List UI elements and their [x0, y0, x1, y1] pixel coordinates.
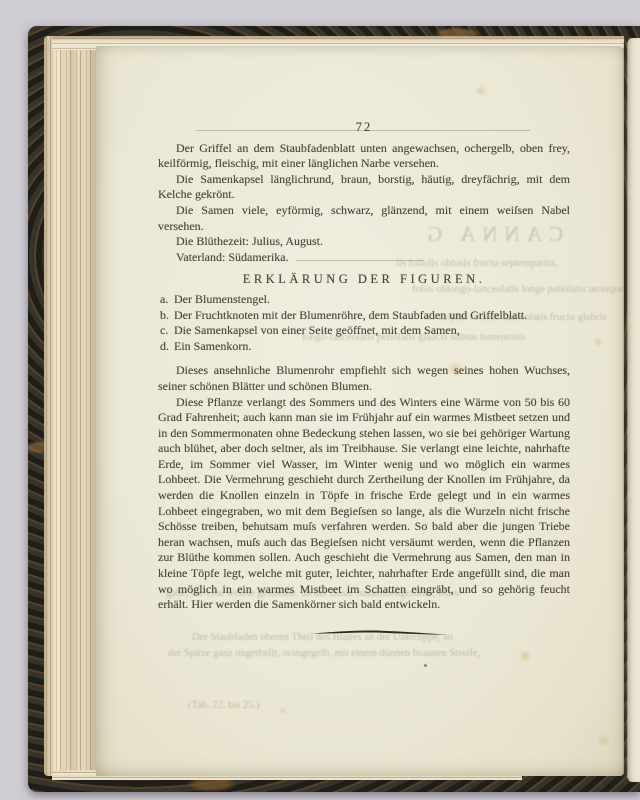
figure-item-c: c. Die Samenkapsel von einer Seite geöff… [158, 323, 570, 339]
paragraph-samenkapsel: Die Samenkapsel länglichrund, braun, bor… [158, 172, 570, 203]
ink-speck [424, 664, 427, 667]
figure-item-label: a. [160, 292, 174, 308]
section-gap [158, 354, 570, 363]
figure-item-label: c. [160, 323, 174, 339]
foxing-spot [474, 85, 488, 97]
paragraph-pflege: Diese Pflanze verlangt des Sommers und d… [158, 395, 570, 613]
figure-item-text: Der Blumenstengel. [174, 292, 570, 308]
printed-text-block: 72 Der Griffel an dem Staubfadenblatt un… [158, 120, 570, 634]
bleedthrough-line: der Spitze ganz ungetheilt, orangegelb, … [168, 648, 480, 659]
page-stack-edge-left [44, 36, 98, 776]
figure-item-b: b. Der Fruchtknoten mit der Blumenröhre,… [158, 308, 570, 324]
book-page: CANNA G lis foliolis obtusis fructu sept… [96, 46, 624, 776]
tapered-rule [310, 626, 450, 634]
paragraph-samen: Die Samen viele, eyförmig, schwarz, glän… [158, 203, 570, 234]
paragraph-blumenrohr: Dieses ansehnliche Blumenrohr empfiehlt … [158, 363, 570, 394]
figure-item-text: Die Samenkapsel von einer Seite geöffnet… [174, 323, 570, 339]
bleedthrough-line: (Tab. 22. bis 25.) [188, 700, 260, 711]
foxing-spot [518, 650, 532, 662]
facing-page-edge [628, 38, 640, 782]
foxing-spot [592, 336, 604, 347]
paragraph-vaterland: Vaterland: Südamerika. [158, 250, 570, 266]
figures-heading: ERKLÄRUNG DER FIGUREN. [158, 272, 570, 288]
figure-item-text: Ein Samenkorn. [174, 339, 570, 355]
figure-item-text: Der Fruchtknoten mit der Blumenröhre, de… [174, 308, 570, 324]
foxing-spot [596, 734, 611, 747]
figure-item-a: a. Der Blumenstengel. [158, 292, 570, 308]
page-number: 72 [158, 120, 570, 136]
figure-item-label: b. [160, 308, 174, 324]
paragraph-griffel: Der Griffel an dem Staubfadenblatt unten… [158, 141, 570, 172]
paragraph-bluethezeit: Die Blüthezeit: Julius, August. [158, 234, 570, 250]
foxing-spot [278, 706, 288, 715]
figure-item-label: d. [160, 339, 174, 355]
figure-item-d: d. Ein Samenkorn. [158, 339, 570, 355]
tapered-rule-drawing [310, 629, 450, 637]
